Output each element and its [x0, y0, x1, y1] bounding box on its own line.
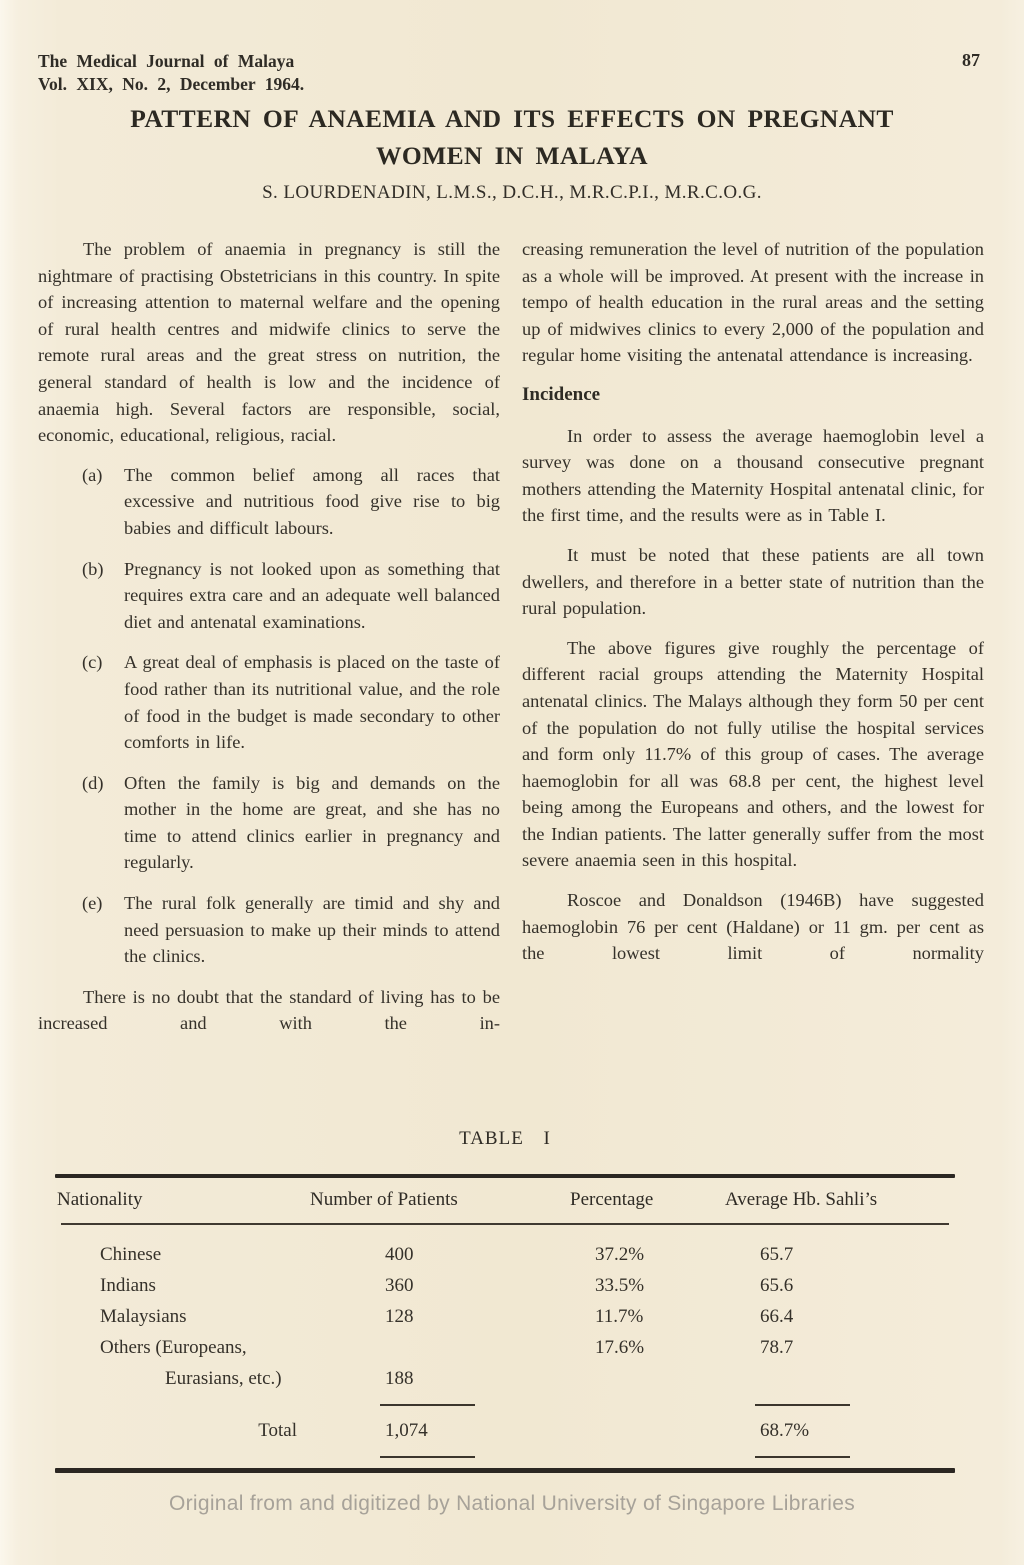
- column-header-percentage: Percentage: [535, 1189, 715, 1211]
- masthead-left: The Medical Journal of Malaya Vol. XIX, …: [38, 50, 304, 96]
- list-item-b: (b) Pregnancy is not looked upon as some…: [82, 556, 500, 636]
- list-text: Often the family is big and demands on t…: [124, 770, 500, 876]
- column-header-patients: Number of Patients: [305, 1189, 535, 1211]
- totals-rule-bottom: [55, 1456, 955, 1458]
- page-number: 87: [962, 50, 980, 71]
- list-text: A great deal of emphasis is placed on th…: [124, 649, 500, 755]
- table-row-indians: Indians 360 33.5% 65.6: [55, 1270, 955, 1301]
- list-marker: (b): [82, 556, 124, 636]
- list-text: The common belief among all races that e…: [124, 462, 500, 542]
- list-marker: (c): [82, 649, 124, 755]
- digitization-credit: Original from and digitized by National …: [0, 1492, 1024, 1516]
- cell-nationality: Eurasians, etc.): [55, 1363, 305, 1394]
- cell-nationality: Others (Europeans,: [55, 1332, 305, 1363]
- cell-average-hb: 65.6: [715, 1270, 955, 1301]
- list-item-c: (c) A great deal of emphasis is placed o…: [82, 649, 500, 755]
- article-title: PATTERN OF ANAEMIA AND ITS EFFECTS ON PR…: [0, 100, 1024, 174]
- cell-average-hb: 65.7: [715, 1239, 955, 1270]
- paragraph-anaemia-problem: The problem of anaemia in pregnancy is s…: [38, 236, 500, 449]
- total-patients: 1,074: [305, 1414, 535, 1448]
- masthead: The Medical Journal of Malaya Vol. XIX, …: [38, 50, 980, 96]
- paragraph-survey: In order to assess the average haemoglob…: [522, 423, 984, 529]
- sum-rule-average-hb: [755, 1404, 850, 1406]
- journal-issue-line: Vol. XIX, No. 2, December 1964.: [38, 73, 304, 96]
- paragraph-standard-of-living: There is no doubt that the standard of l…: [38, 984, 500, 1037]
- table-1-section: TABLE I Nationality Number of Patients P…: [55, 1128, 955, 1473]
- list-marker: (a): [82, 462, 124, 542]
- left-column: The problem of anaemia in pregnancy is s…: [38, 236, 500, 1050]
- section-heading-incidence: Incidence: [522, 382, 984, 409]
- sum-rule-average-hb: [755, 1456, 850, 1458]
- cell-patients: 188: [305, 1363, 535, 1394]
- cell-percentage: 37.2%: [535, 1239, 715, 1270]
- table-row-malaysians: Malaysians 128 11.7% 66.4: [55, 1301, 955, 1332]
- table-body: Chinese 400 37.2% 65.7 Indians 360 33.5%…: [55, 1225, 955, 1394]
- table-header-row: Nationality Number of Patients Percentag…: [55, 1178, 955, 1223]
- cell-average-hb: 78.7: [715, 1332, 955, 1363]
- body-columns: The problem of anaemia in pregnancy is s…: [38, 236, 984, 1050]
- total-average-hb: 68.7%: [715, 1414, 955, 1448]
- column-header-nationality: Nationality: [55, 1189, 305, 1211]
- paragraph-town-dwellers: It must be noted that these patients are…: [522, 542, 984, 622]
- cell-percentage: 11.7%: [535, 1301, 715, 1332]
- totals-rule-top: [55, 1404, 955, 1406]
- table-row-chinese: Chinese 400 37.2% 65.7: [55, 1239, 955, 1270]
- paragraph-racial-groups: The above figures give roughly the perce…: [522, 635, 984, 874]
- list-item-d: (d) Often the family is big and demands …: [82, 770, 500, 876]
- cell-percentage: 33.5%: [535, 1270, 715, 1301]
- right-column: creasing remuneration the level of nutri…: [522, 236, 984, 1050]
- cell-nationality: Indians: [55, 1270, 305, 1301]
- article-author: S. LOURDENADIN, L.M.S., D.C.H., M.R.C.P.…: [0, 182, 1024, 204]
- table-row-others-line1: Others (Europeans, 17.6% 78.7: [55, 1332, 955, 1363]
- list-text: The rural folk generally are timid and s…: [124, 890, 500, 970]
- cell-nationality: Malaysians: [55, 1301, 305, 1332]
- total-label: Total: [55, 1414, 305, 1448]
- column-header-average-hb: Average Hb. Sahli’s: [715, 1189, 955, 1211]
- sum-rule-patients: [380, 1456, 475, 1458]
- cell-patients: 400: [305, 1239, 535, 1270]
- list-marker: (d): [82, 770, 124, 876]
- cell-patients: 360: [305, 1270, 535, 1301]
- cell-percentage: 17.6%: [535, 1332, 715, 1363]
- table-caption: TABLE I: [55, 1128, 955, 1150]
- journal-name: The Medical Journal of Malaya: [38, 50, 304, 73]
- list-text: Pregnancy is not looked upon as somethin…: [124, 556, 500, 636]
- cell-patients: 128: [305, 1301, 535, 1332]
- table-row-others-line2: Eurasians, etc.) 188: [55, 1363, 955, 1394]
- table-bottom-rule: [55, 1468, 955, 1473]
- title-line-1: PATTERN OF ANAEMIA AND ITS EFFECTS ON PR…: [130, 104, 893, 133]
- sum-rule-patients: [380, 1404, 475, 1406]
- cell-average-hb: 66.4: [715, 1301, 955, 1332]
- title-line-2: WOMEN IN MALAYA: [376, 141, 648, 170]
- list-item-a: (a) The common belief among all races th…: [82, 462, 500, 542]
- list-marker: (e): [82, 890, 124, 970]
- table-total-row: Total 1,074 68.7%: [55, 1414, 955, 1448]
- list-item-e: (e) The rural folk generally are timid a…: [82, 890, 500, 970]
- cell-nationality: Chinese: [55, 1239, 305, 1270]
- journal-page: The Medical Journal of Malaya Vol. XIX, …: [0, 0, 1024, 1565]
- paragraph-remuneration: creasing remuneration the level of nutri…: [522, 236, 984, 369]
- paragraph-roscoe-donaldson: Roscoe and Donaldson (1946B) have sugges…: [522, 887, 984, 967]
